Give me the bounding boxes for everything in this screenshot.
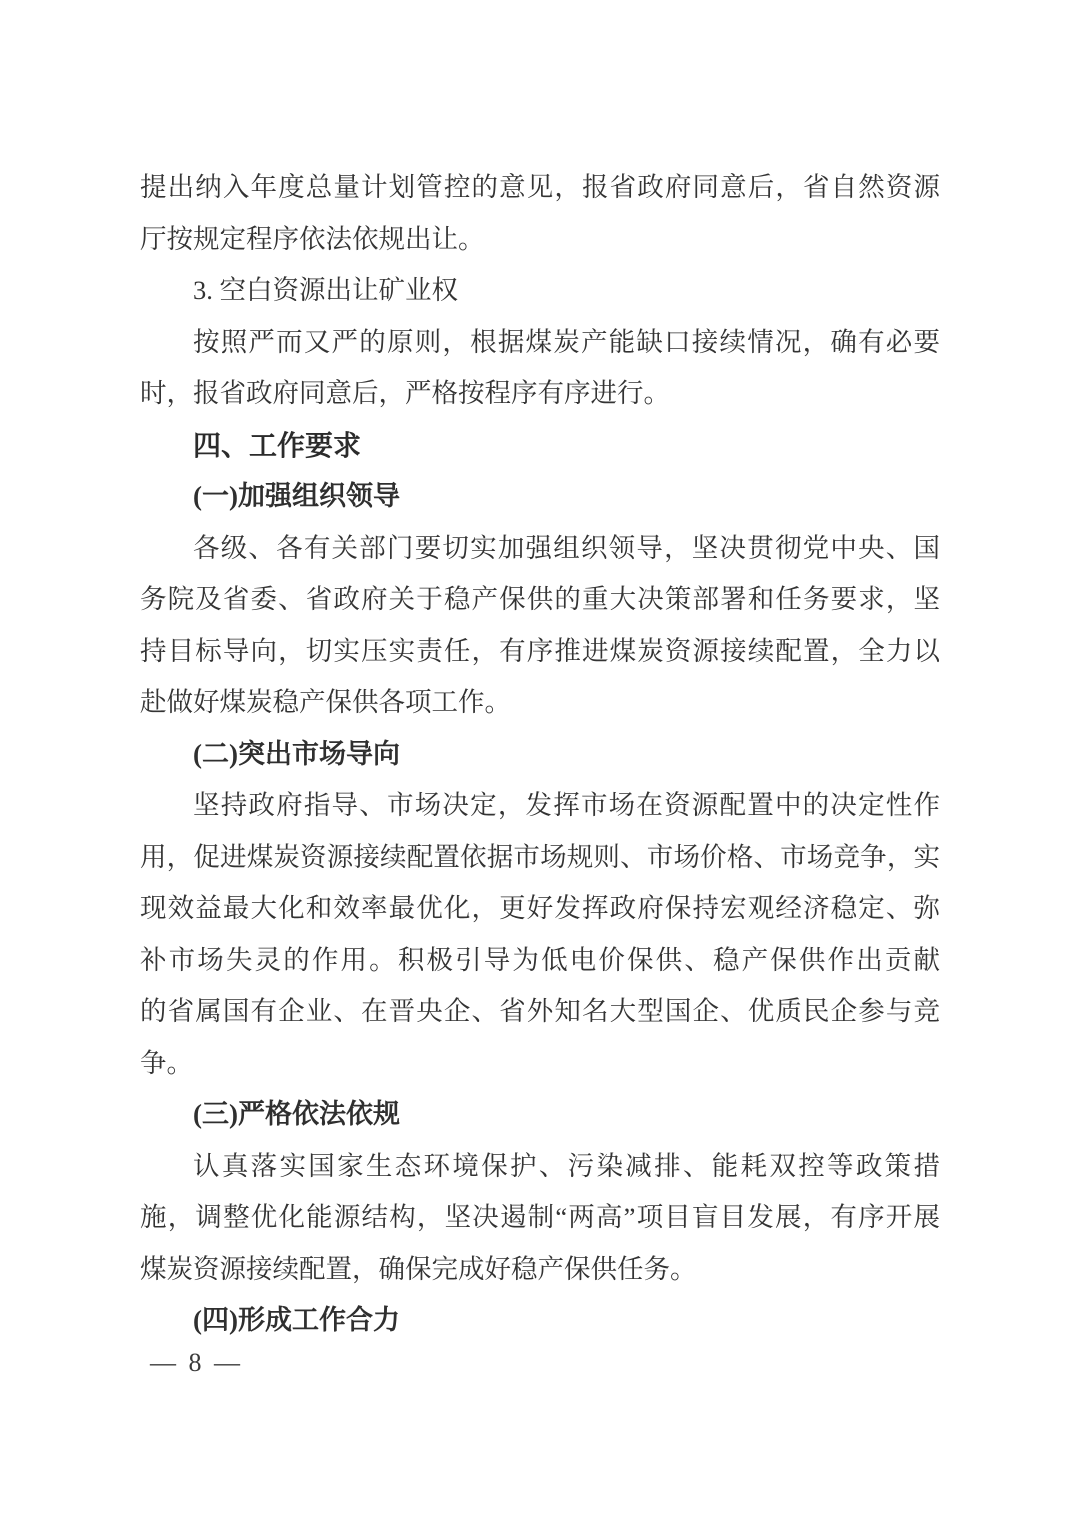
- document-line: 的省属国有企业、在晋央企、省外知名大型国企、优质民企参与竞: [140, 986, 940, 1038]
- document-line: 按照严而又严的原则，根据煤炭产能缺口接续情况，确有必要: [140, 317, 940, 369]
- document-line: 认真落实国家生态环境保护、污染减排、能耗双控等政策措: [140, 1141, 940, 1193]
- subsection-heading: (二)突出市场导向: [140, 729, 940, 781]
- subsection-heading: (三)严格依法依规: [140, 1089, 940, 1141]
- document-line: 时，报省政府同意后，严格按程序有序进行。: [140, 368, 940, 420]
- document-line: 各级、各有关部门要切实加强组织领导，坚决贯彻党中央、国: [140, 523, 940, 575]
- document-content: 提出纳入年度总量计划管控的意见，报省政府同意后，省自然资源 厅按规定程序依法依规…: [140, 162, 940, 1347]
- subsection-heading: (四)形成工作合力: [140, 1295, 940, 1347]
- document-line: 用，促进煤炭资源接续配置依据市场规则、市场价格、市场竞争，实: [140, 832, 940, 884]
- document-line: 煤炭资源接续配置，确保完成好稳产保供任务。: [140, 1244, 940, 1296]
- document-line: 补市场失灵的作用。积极引导为低电价保供、稳产保供作出贡献: [140, 935, 940, 987]
- document-line: 提出纳入年度总量计划管控的意见，报省政府同意后，省自然资源: [140, 162, 940, 214]
- numbered-item-line: 3. 空白资源出让矿业权: [140, 265, 940, 317]
- document-line: 现效益最大化和效率最优化，更好发挥政府保持宏观经济稳定、弥: [140, 883, 940, 935]
- document-page: 提出纳入年度总量计划管控的意见，报省政府同意后，省自然资源 厅按规定程序依法依规…: [0, 0, 1080, 1514]
- subsection-heading: (一)加强组织领导: [140, 471, 940, 523]
- document-line: 赴做好煤炭稳产保供各项工作。: [140, 677, 940, 729]
- document-line: 坚持政府指导、市场决定，发挥市场在资源配置中的决定性作: [140, 780, 940, 832]
- page-number: — 8 —: [150, 1348, 243, 1378]
- document-line: 厅按规定程序依法依规出让。: [140, 214, 940, 266]
- section-heading: 四、工作要求: [140, 420, 940, 472]
- document-line: 争。: [140, 1038, 940, 1090]
- document-line: 持目标导向，切实压实责任，有序推进煤炭资源接续配置，全力以: [140, 626, 940, 678]
- document-line: 务院及省委、省政府关于稳产保供的重大决策部署和任务要求，坚: [140, 574, 940, 626]
- document-line: 施，调整优化能源结构，坚决遏制“两高”项目盲目发展，有序开展: [140, 1192, 940, 1244]
